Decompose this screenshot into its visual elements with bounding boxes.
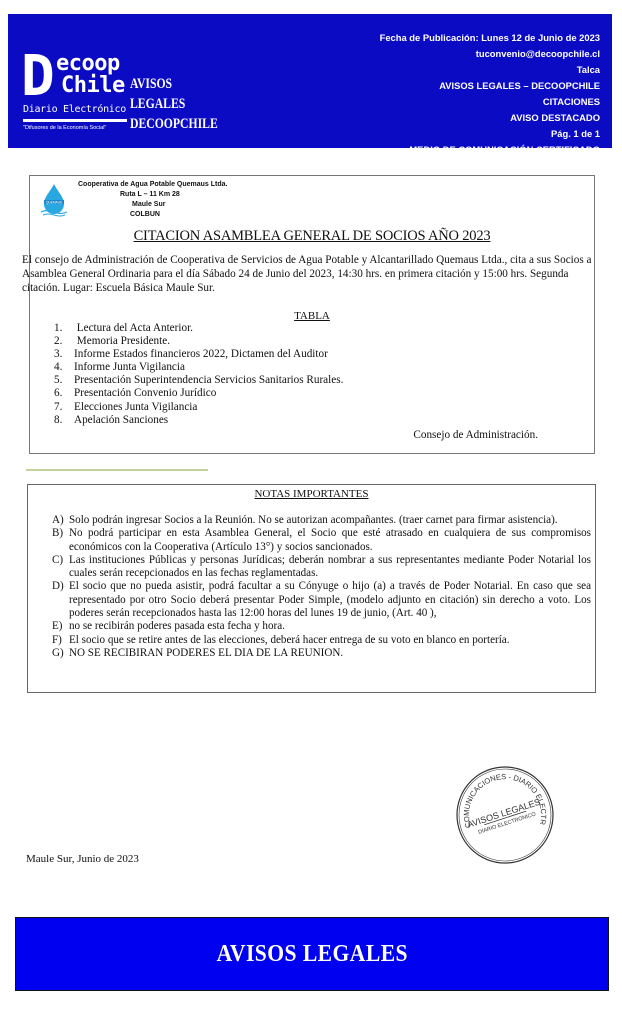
note-item: B)No podrá participar en esta Asamblea G… [52, 527, 591, 554]
agenda-item: 4.Informe Junta Vigilancia [54, 361, 343, 374]
logo-line1: ecoop [56, 53, 120, 75]
agenda-item: 3.Informe Estados financieros 2022, Dict… [54, 348, 343, 361]
logo-big-letter: D [21, 49, 55, 105]
decoopchile-logo: D ecoop Chile Diario Electrónico "Difuso… [21, 49, 129, 139]
note-item: D)El socio que no pueda asistir, podrá f… [52, 580, 591, 620]
logo-line2: Chile [61, 75, 125, 97]
notes-title: NOTAS IMPORTANTES [28, 488, 595, 500]
important-notes: NOTAS IMPORTANTES A)Solo podrán ingresar… [27, 484, 596, 693]
footer-banner-text: AVISOS LEGALES [216, 941, 407, 968]
header-title: AVISOS LEGALES DECOOPCHILE [130, 74, 218, 134]
header-title-line: AVISOS [130, 74, 218, 94]
note-item: A)Solo podrán ingresar Socios a la Reuni… [52, 514, 591, 527]
citation-notice: QUEMAUS Cooperativa de Agua Potable Quem… [29, 175, 595, 454]
header-info: Fecha de Publicación: Lunes 12 de Junio … [380, 30, 600, 158]
agenda-item: 5.Presentación Superintendencia Servicio… [54, 374, 343, 387]
agenda-item: 6.Presentación Convenio Jurídico [54, 387, 343, 400]
divider-line [26, 469, 208, 471]
contact-email[interactable]: tuconvenio@decoopchile.cl [380, 46, 600, 62]
notes-list: A)Solo podrán ingresar Socios a la Reuni… [52, 514, 591, 660]
footer-banner: AVISOS LEGALES [15, 917, 609, 991]
organization-address: Ruta L – 11 Km 28 [78, 190, 228, 200]
agenda-list: 1. Lectura del Acta Anterior. 2. Memoria… [54, 322, 343, 427]
place-and-date: Maule Sur, Junio de 2023 [26, 853, 139, 865]
certification-stamp-icon: COMUNICACIONES - DIARIO ELECTRONICO AVIS… [455, 765, 555, 865]
notice-body: El consejo de Administración de Cooperat… [22, 253, 608, 295]
publication-header: D ecoop Chile Diario Electrónico "Difuso… [8, 14, 612, 148]
notice-title: CITACION ASAMBLEA GENERAL DE SOCIOS AÑO … [30, 228, 594, 245]
page-number: Pág. 1 de 1 [380, 126, 600, 142]
city: Talca [380, 62, 600, 78]
certification: MEDIO DE COMUNICACIÓN CERTIFICADO [380, 142, 600, 158]
section-name: AVISOS LEGALES – DECOOPCHILE [380, 78, 600, 94]
note-item: F)El socio que se retire antes de las el… [52, 634, 591, 647]
notice-type: AVISO DESTACADO [380, 110, 600, 126]
logo-subtitle: Diario Electrónico [23, 104, 126, 115]
category: CITACIONES [380, 94, 600, 110]
notice-signature: Consejo de Administración. [413, 429, 538, 441]
organization-info: Cooperativa de Agua Potable Quemaus Ltda… [78, 180, 228, 220]
note-item: G)NO SE RECIBIRAN PODERES EL DIA DE LA R… [52, 647, 591, 660]
publication-date: Fecha de Publicación: Lunes 12 de Junio … [380, 30, 600, 46]
note-item: C)Las instituciones Públicas y personas … [52, 554, 591, 581]
organization-name: Cooperativa de Agua Potable Quemaus Ltda… [78, 180, 228, 190]
organization-locality: Maule Sur [78, 200, 228, 210]
agenda-title: TABLA [30, 310, 594, 322]
logo-divider [23, 119, 127, 122]
agenda-item: 1. Lectura del Acta Anterior. [54, 322, 343, 335]
agenda-item: 7.Elecciones Junta Vigilancia [54, 401, 343, 414]
organization-commune: COLBUN [78, 210, 228, 220]
logo-slogan: "Difusores de la Economía Social" [23, 125, 106, 131]
agenda-item: 2. Memoria Presidente. [54, 335, 343, 348]
agenda-item: 8.Apelación Sanciones [54, 414, 343, 427]
water-drop-icon: QUEMAUS [40, 183, 68, 217]
header-title-line: DECOOPCHILE [130, 114, 218, 134]
svg-text:QUEMAUS: QUEMAUS [46, 200, 62, 204]
note-item: E)no se recibirán poderes pasada esta fe… [52, 620, 591, 633]
header-title-line: LEGALES [130, 94, 218, 114]
